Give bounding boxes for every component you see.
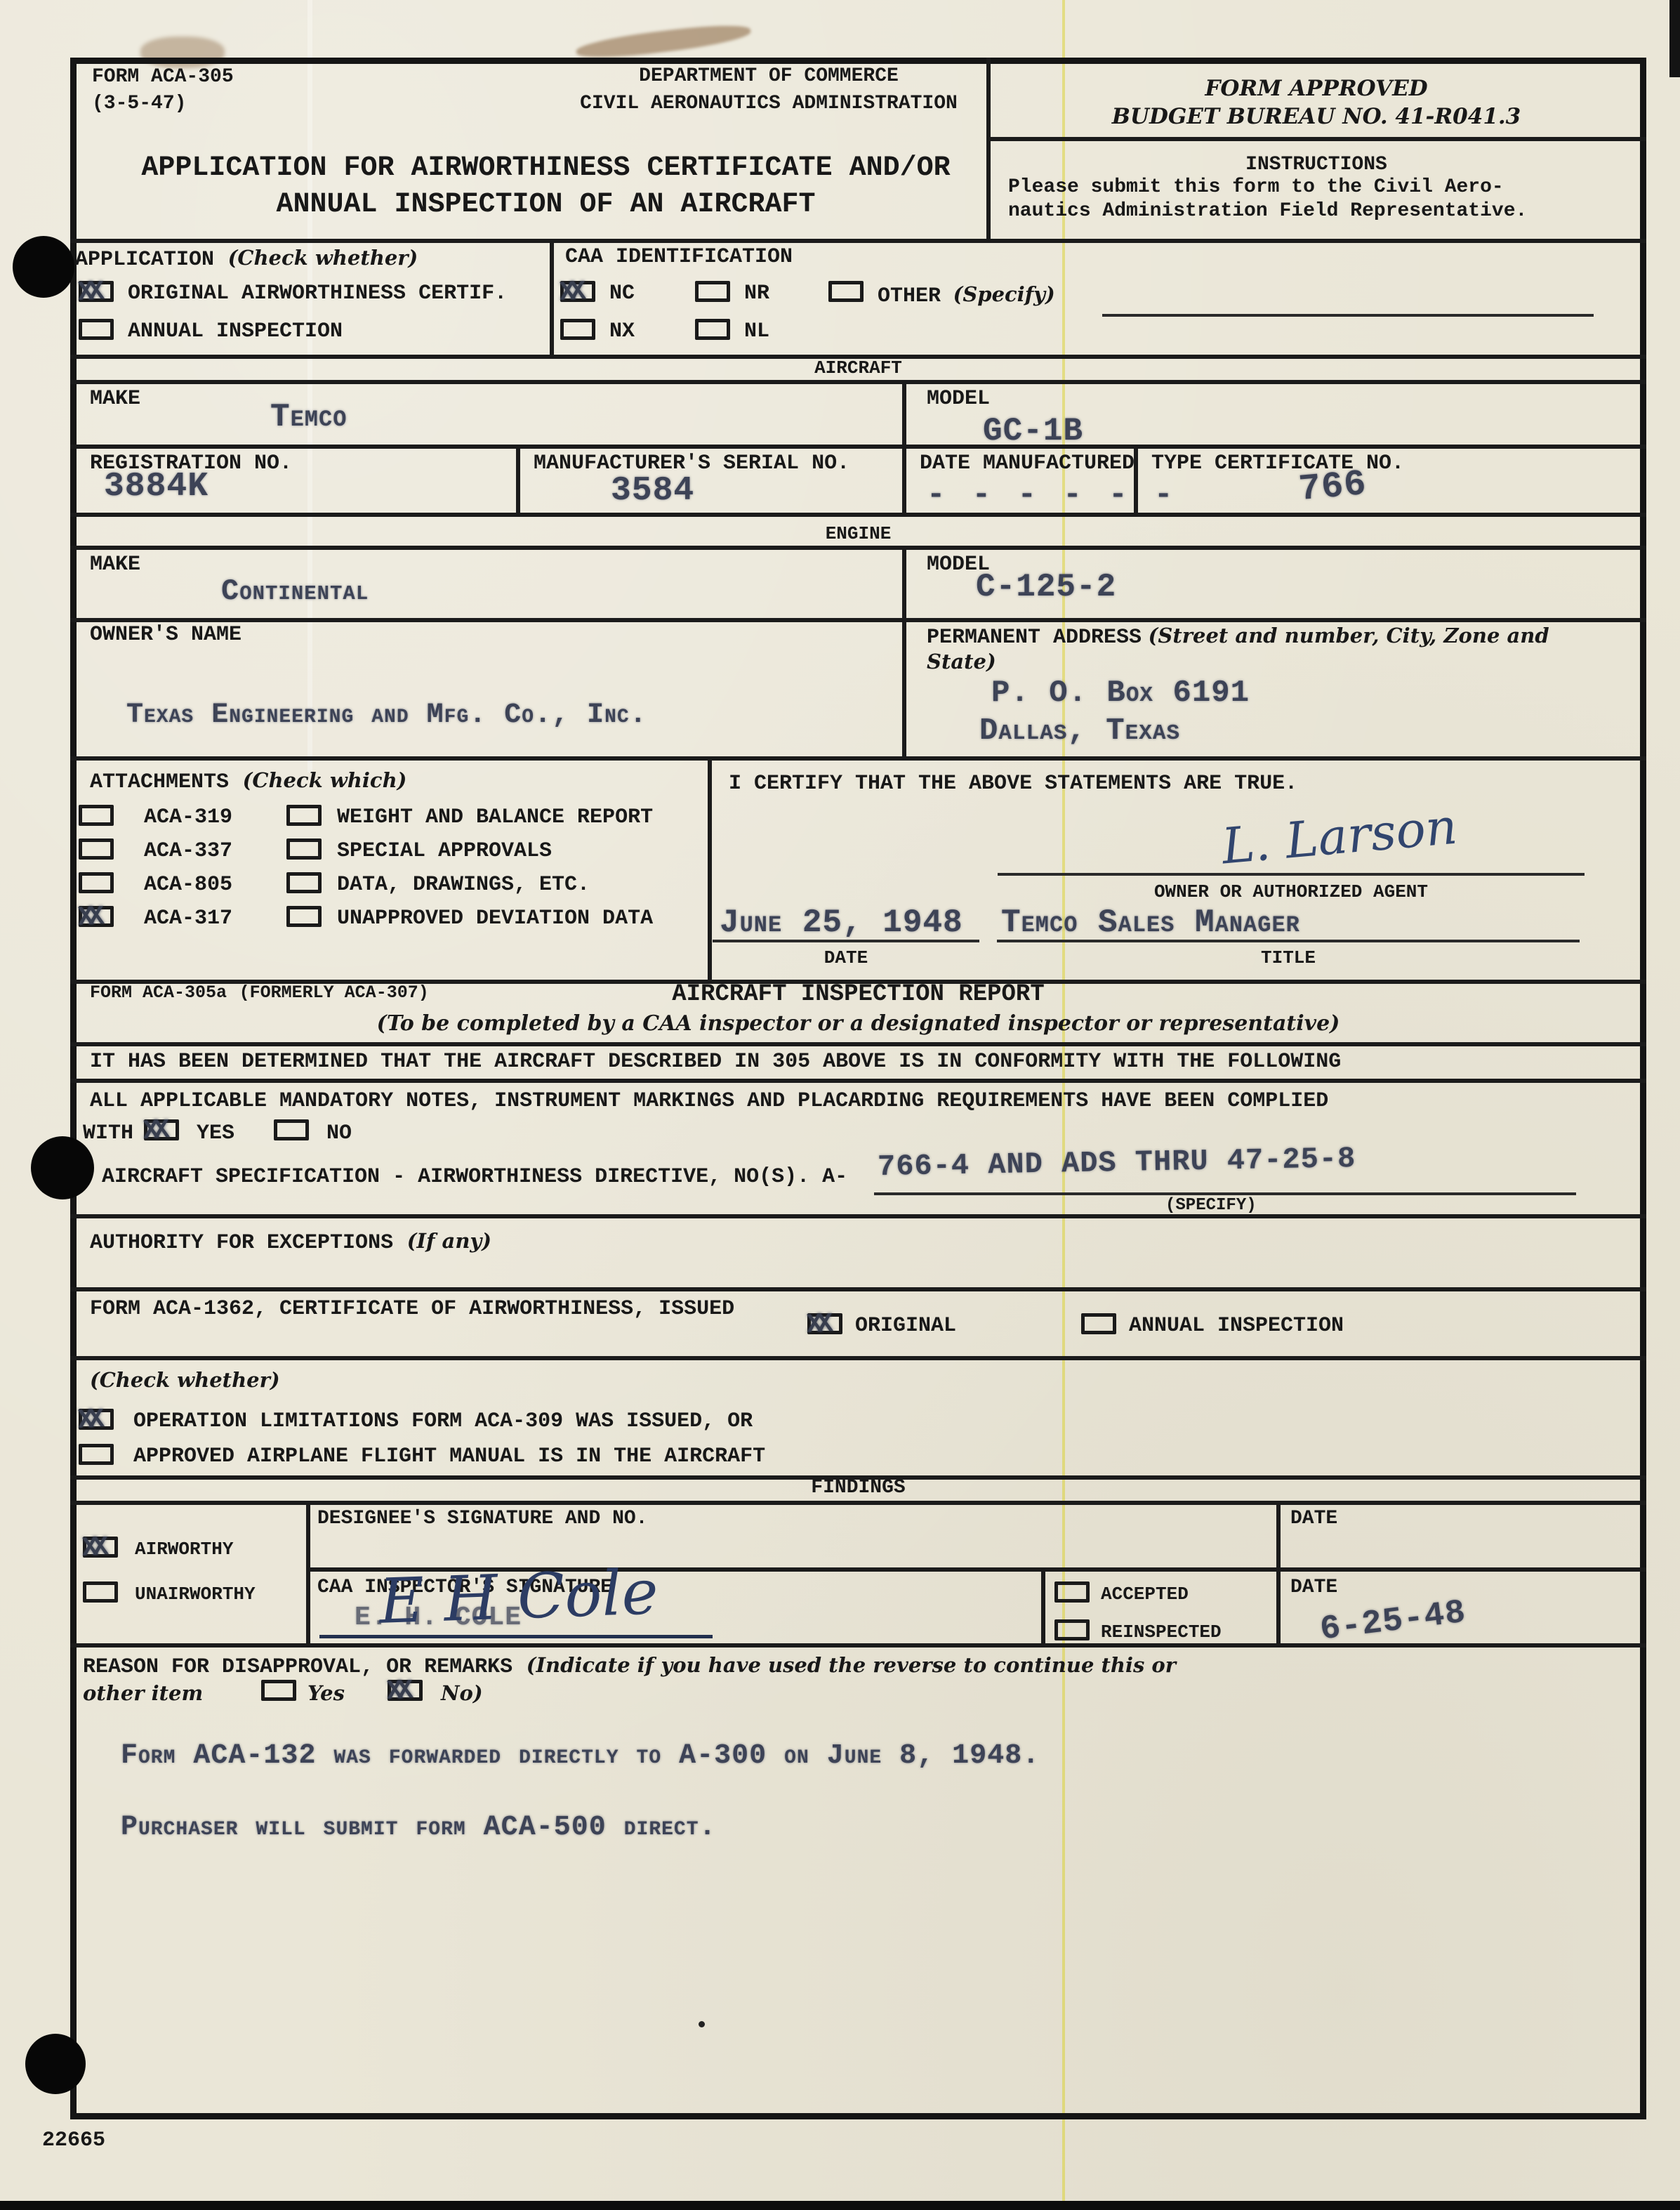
issued-original-checkbox	[807, 1313, 842, 1334]
scan-edge	[1669, 0, 1680, 77]
special-approvals-checkbox	[286, 838, 322, 860]
accepted-label: ACCEPTED	[1101, 1584, 1189, 1605]
aca-319-checkbox	[79, 805, 114, 826]
designee-date-label: DATE	[1290, 1508, 1337, 1530]
issued-annual-checkbox	[1081, 1313, 1116, 1334]
flight-manual-checkbox	[79, 1444, 114, 1465]
other-specify-line	[1102, 314, 1594, 317]
grid-line	[70, 239, 1646, 243]
reinspected-checkbox	[1054, 1619, 1090, 1640]
designee-signature-label: DESIGNEE'S SIGNATURE AND NO.	[317, 1508, 647, 1530]
nr-label: NR	[744, 282, 769, 305]
instructions-title: INSTRUCTIONS	[986, 154, 1646, 176]
other-label: OTHER	[878, 284, 941, 308]
aca-805-label: ACA-805	[144, 874, 232, 897]
grid-line	[70, 1042, 1646, 1046]
data-drawings-label: DATA, DRAWINGS, ETC.	[337, 874, 590, 897]
unairworthy-checkbox	[83, 1581, 118, 1603]
administration-line: CIVIL AERONAUTICS ADMINISTRATION	[491, 93, 1046, 115]
reinspected-label: REINSPECTED	[1101, 1622, 1222, 1643]
date-manufactured-label: DATE MANUFACTURED	[920, 452, 1135, 475]
nx-checkbox	[560, 319, 595, 340]
unapproved-deviation-label: UNAPPROVED DEVIATION DATA	[337, 907, 653, 930]
remarks-yes-checkbox	[261, 1680, 296, 1701]
engine-make-value: Continental	[221, 574, 369, 608]
operation-limitations-checkbox	[79, 1409, 114, 1430]
airworthy-label: AIRWORTHY	[135, 1539, 233, 1560]
flight-manual-label: APPROVED AIRPLANE FLIGHT MANUAL IS IN TH…	[133, 1445, 765, 1468]
annual-inspection-label: ANNUAL INSPECTION	[128, 320, 343, 343]
address-line1: P. O. Box 6191	[991, 676, 1250, 711]
grid-line	[70, 546, 1646, 550]
certification-date-value: June 25, 1948	[720, 905, 963, 941]
grid-line	[902, 380, 906, 513]
application-label: APPLICATION	[75, 248, 214, 272]
aca-337-label: ACA-337	[144, 840, 232, 863]
registration-value: 3884K	[104, 468, 209, 506]
owner-name-label: OWNER'S NAME	[90, 624, 242, 647]
inspection-report-subtitle: (To be completed by a CAA inspector or a…	[70, 1011, 1646, 1036]
aircraft-make-value: Temco	[270, 399, 347, 435]
remarks-no-label: No)	[441, 1681, 483, 1705]
nl-checkbox	[695, 319, 730, 340]
accepted-checkbox	[1054, 1581, 1090, 1603]
caa-identification-label: CAA IDENTIFICATION	[565, 246, 793, 269]
certify-statement: I CERTIFY THAT THE ABOVE STATEMENTS ARE …	[729, 772, 1297, 796]
specify-label: (SPECIFY)	[1165, 1197, 1257, 1215]
engine-make-label: MAKE	[90, 553, 140, 577]
hole-punch	[31, 1136, 94, 1199]
date-manufactured-value: - - - - - -	[927, 478, 1177, 513]
aca-319-label: ACA-319	[144, 806, 232, 829]
form-revision: (3-5-47)	[92, 93, 186, 115]
grid-line	[306, 1501, 310, 1643]
grid-line	[70, 1356, 1646, 1360]
instructions-body-line2: nautics Administration Field Representat…	[1008, 201, 1527, 223]
findings-section-title: FINDINGS	[70, 1478, 1646, 1499]
type-certificate-label: TYPE CERTIFICATE NO.	[1151, 452, 1404, 475]
inspection-date-label: DATE	[1290, 1577, 1337, 1599]
spec-directive-label: AIRCRAFT SPECIFICATION - AIRWORTHINESS D…	[102, 1166, 847, 1189]
aca-317-label: ACA-317	[144, 907, 232, 930]
authority-exceptions-hint: (If any)	[407, 1229, 491, 1253]
data-drawings-checkbox	[286, 872, 322, 893]
complied-text-line2: WITH	[83, 1122, 133, 1145]
cert-issued-label: FORM ACA-1362, CERTIFICATE OF AIRWORTHIN…	[90, 1298, 734, 1321]
grid-line	[708, 756, 712, 980]
remarks-label: REASON FOR DISAPPROVAL, OR REMARKS	[83, 1655, 512, 1679]
unairworthy-label: UNAIRWORTHY	[135, 1584, 256, 1605]
hole-punch	[13, 236, 74, 298]
check-whether-hint: (Check whether)	[90, 1368, 280, 1392]
nc-checkbox	[560, 281, 595, 302]
complied-yes-checkbox	[144, 1119, 179, 1140]
aca-805-checkbox	[79, 872, 114, 893]
remarks-line1: Form ACA-132 was forwarded directly to A…	[121, 1740, 1040, 1772]
grid-line	[902, 546, 906, 756]
determined-text: IT HAS BEEN DETERMINED THAT THE AIRCRAFT…	[90, 1051, 1341, 1074]
aca-317-checkbox	[79, 906, 114, 927]
grid-line	[70, 513, 1646, 517]
grid-line	[516, 445, 520, 513]
form-title-line2: ANNUAL INSPECTION OF AN AIRCRAFT	[105, 190, 986, 221]
aircraft-section-title: AIRCRAFT	[70, 358, 1646, 379]
original-airworthiness-label: ORIGINAL AIRWORTHINESS CERTIF.	[128, 282, 507, 305]
serial-value: 3584	[611, 472, 694, 510]
ink-stain	[575, 20, 752, 63]
grid-line	[70, 1079, 1646, 1083]
title-line	[997, 940, 1580, 942]
issued-annual-label: ANNUAL INSPECTION	[1129, 1315, 1344, 1338]
remarks-hint-line2: other item	[83, 1681, 203, 1705]
grid-line	[70, 445, 1646, 449]
nl-label: NL	[744, 320, 769, 343]
serial-stamp: 22665	[42, 2129, 105, 2152]
engine-section-title: ENGINE	[70, 524, 1646, 544]
engine-model-value: C-125-2	[976, 569, 1116, 605]
inspection-report-title: AIRCRAFT INSPECTION REPORT	[70, 982, 1646, 1008]
grid-line	[986, 137, 1646, 141]
nr-checkbox	[695, 281, 730, 302]
aircraft-make-label: MAKE	[90, 388, 140, 411]
form-approved-line2: BUDGET BUREAU NO. 41-R041.3	[986, 104, 1646, 129]
complied-yes-label: YES	[197, 1122, 234, 1145]
certification-title-value: Temco Sales Manager	[1001, 905, 1300, 941]
instructions-body-line1: Please submit this form to the Civil Aer…	[1008, 177, 1504, 199]
other-hint: (Specify)	[953, 282, 1055, 306]
scanned-form-page: FORM ACA-305 (3-5-47) DEPARTMENT OF COMM…	[0, 0, 1680, 2210]
remarks-no-checkbox	[388, 1680, 423, 1701]
grid-line	[70, 618, 1646, 622]
grid-line	[1041, 1567, 1045, 1643]
scan-edge-bottom	[0, 2201, 1680, 2210]
complied-no-checkbox	[274, 1119, 309, 1140]
owner-agent-label: OWNER OR AUTHORIZED AGENT	[998, 882, 1585, 902]
complied-no-label: NO	[326, 1122, 352, 1145]
spec-line	[874, 1192, 1576, 1195]
owner-name-value: Texas Engineering and Mfg. Co., Inc.	[126, 699, 647, 731]
date-line	[713, 940, 979, 942]
grid-line	[70, 1214, 1646, 1218]
form-number: FORM ACA-305	[92, 67, 234, 88]
special-approvals-label: SPECIAL APPROVALS	[337, 840, 552, 863]
aca-337-checkbox	[79, 838, 114, 860]
original-airworthiness-checkbox	[79, 281, 114, 302]
authority-exceptions-label: AUTHORITY FOR EXCEPTIONS	[90, 1231, 393, 1255]
address-label: PERMANENT ADDRESS	[927, 626, 1142, 650]
address-line2: Dallas, Texas	[979, 713, 1180, 749]
remarks-yes-label: Yes	[307, 1681, 345, 1705]
issued-original-label: ORIGINAL	[855, 1315, 956, 1338]
form-title-line1: APPLICATION FOR AIRWORTHINESS CERTIFICAT…	[105, 153, 986, 184]
nc-label: NC	[609, 282, 635, 305]
grid-line	[70, 380, 1646, 384]
grid-line	[550, 239, 554, 355]
certification-title-label: TITLE	[997, 948, 1580, 968]
form-approved-line1: FORM APPROVED	[986, 76, 1646, 101]
airworthy-checkbox	[83, 1537, 118, 1558]
hole-punch	[25, 2034, 86, 2094]
operation-limitations-label: OPERATION LIMITATIONS FORM ACA-309 WAS I…	[133, 1410, 753, 1433]
attachments-hint: (Check which)	[243, 768, 407, 792]
inspector-signature-line	[319, 1635, 713, 1638]
annual-inspection-checkbox	[79, 319, 114, 340]
inspector-signature: E H Cole	[378, 1555, 659, 1638]
type-certificate-value: 766	[1297, 463, 1368, 511]
grid-line	[70, 1287, 1646, 1291]
signature-line	[998, 873, 1585, 876]
grid-line	[70, 756, 1646, 761]
attachments-label: ATTACHMENTS	[90, 770, 229, 794]
nx-label: NX	[609, 320, 635, 343]
aircraft-model-label: MODEL	[927, 388, 990, 411]
unapproved-deviation-checkbox	[286, 906, 322, 927]
weight-balance-label: WEIGHT AND BALANCE REPORT	[337, 806, 653, 829]
remarks-hint-line1: (Indicate if you have used the reverse t…	[527, 1653, 1176, 1677]
remarks-line2: Purchaser will submit form ACA-500 direc…	[121, 1812, 717, 1843]
aircraft-model-value: GC-1B	[983, 413, 1083, 449]
other-checkbox	[828, 281, 864, 302]
department-line: DEPARTMENT OF COMMERCE	[491, 66, 1046, 88]
certification-date-label: DATE	[713, 948, 979, 968]
grid-line	[70, 1643, 1646, 1647]
grid-line	[1276, 1501, 1281, 1643]
complied-text-line1: ALL APPLICABLE MANDATORY NOTES, INSTRUME…	[90, 1090, 1328, 1113]
application-hint: (Check whether)	[228, 246, 418, 270]
weight-balance-checkbox	[286, 805, 322, 826]
